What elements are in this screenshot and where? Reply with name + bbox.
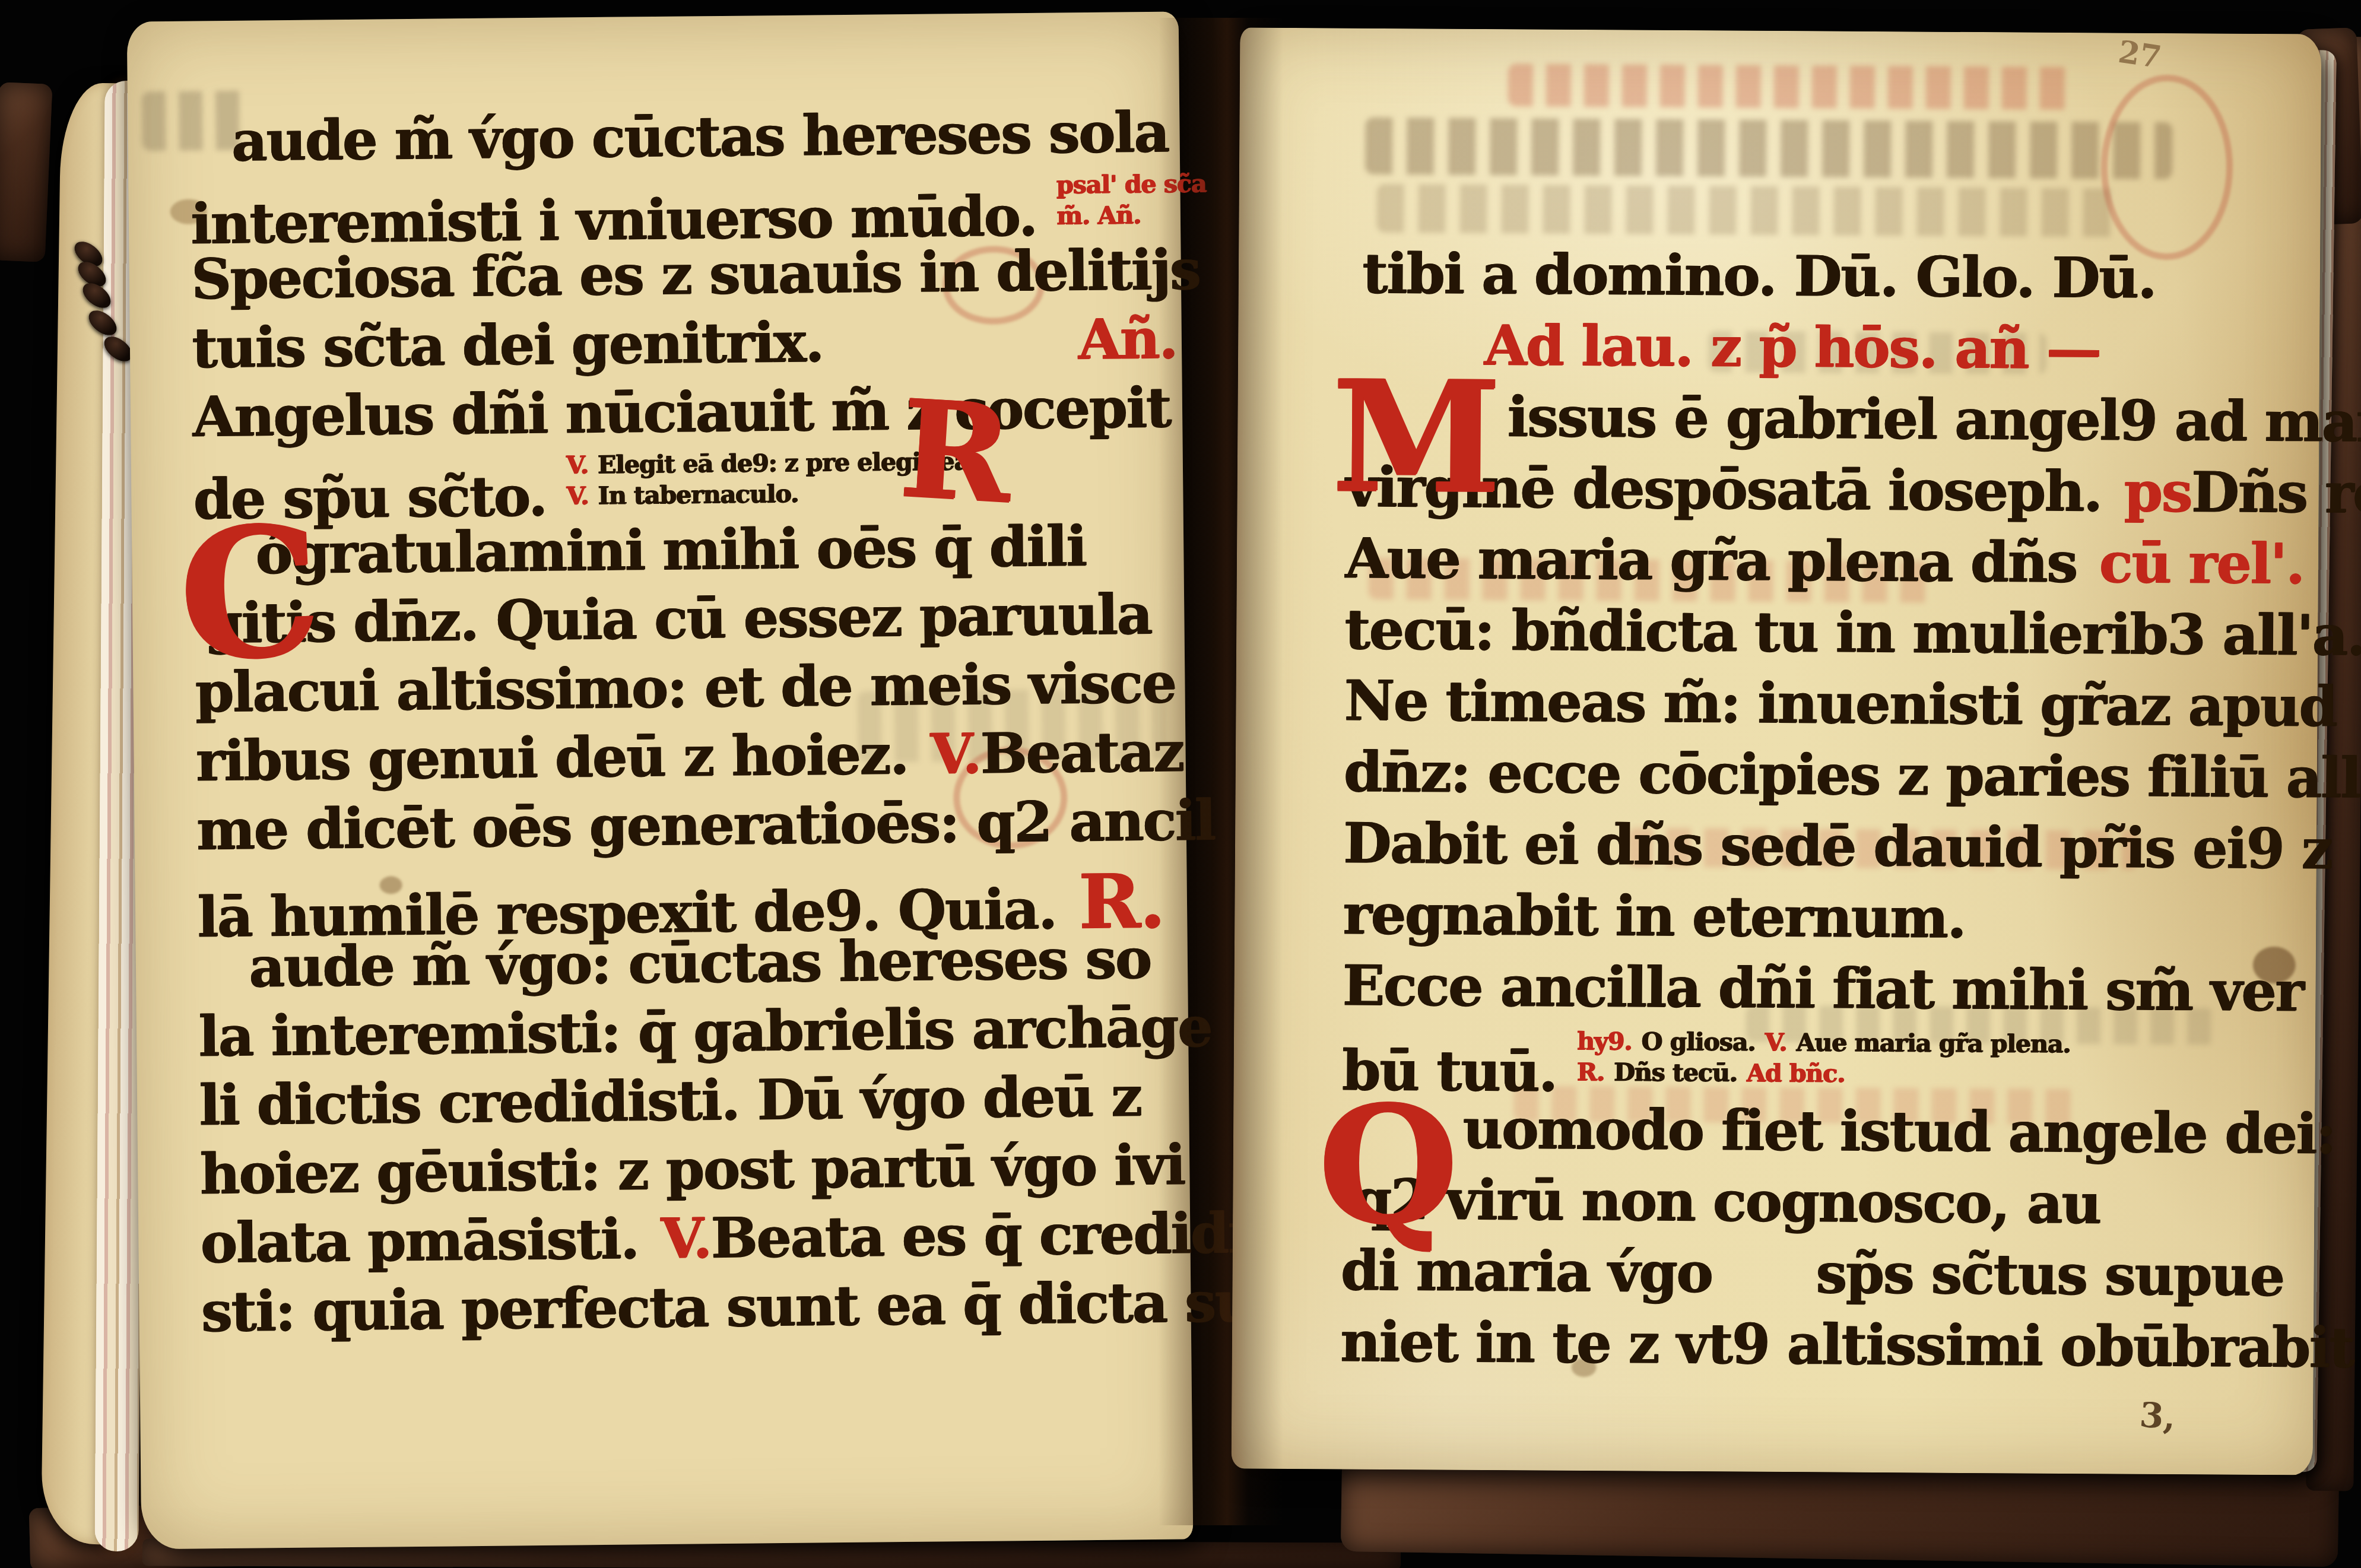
body-text: tibi a domino. Dū. Glo. Dū.	[1362, 241, 2156, 310]
body-text: tecū: bñdicta tu in mulierib3 all'a.	[1344, 597, 2361, 668]
rubric-text: Ad bñc.	[1746, 1059, 1845, 1088]
rubric-text: m̃. Añ.	[1056, 201, 1141, 230]
illuminated-initial-M: M	[1331, 346, 1501, 527]
text-line: li dictis credidisti. Dū v́go deū z	[199, 1064, 1141, 1144]
rubric-text: Ad lau. z p̃ hōs. añ —	[1484, 313, 2100, 381]
text-line: placui altissimo: et de meis visce	[195, 650, 1176, 731]
rubric-initial-R: R	[896, 370, 1016, 534]
text-line: tibi a domino. Dū. Glo. Dū.	[1347, 241, 2156, 317]
body-text: Ne timeas m̃: inuenisti gr̃az apud	[1344, 668, 2336, 739]
body-text: q2 virū non cognosco, au	[1353, 1167, 2100, 1236]
bleedthrough-smudge	[1508, 64, 2078, 110]
body-text: sp̃s sc̃tus supue	[1816, 1240, 2284, 1308]
text-line: di maria v́gosp̃s sc̃tus supue	[1340, 1238, 2283, 1315]
text-line: me dicēt oēs generatioēs: q2 ancil	[196, 788, 1215, 868]
body-text: hoiez gēuisti: z post partū v́go ivi	[199, 1132, 1185, 1207]
illuminated-initial-C: C	[174, 485, 325, 700]
rubric-text: R.	[1576, 1058, 1604, 1086]
text-line: tecū: bñdicta tu in mulierib3 all'a.ã.	[1344, 597, 2361, 675]
body-text: tuis sc̃ta dei genitrix.	[191, 309, 823, 380]
body-text: O gliosa.	[1641, 1027, 1755, 1056]
rubric-text: ps	[2124, 459, 2191, 525]
text-line: Dabit ei dñs sedē dauid pr̃is ei9 z	[1343, 811, 2332, 888]
body-text: me dicēt oēs generatioēs: q2 ancil	[196, 788, 1214, 862]
text-line: Speciosa fc̃a es z suauis in delitijs	[191, 237, 1199, 318]
body-text: In tabernaculo.	[598, 480, 798, 510]
folio-number-top: 27	[2116, 34, 2163, 76]
rubric-text: cū rel'.	[2099, 530, 2304, 596]
text-line: Ecce ancilla dñi fiat mihi sm̃ ver	[1342, 953, 2303, 1030]
body-text: olata pmāsisti.	[200, 1206, 639, 1275]
body-text: la interemisti: q̄ gabrielis archāge	[198, 994, 1212, 1068]
text-line: hoiez gēuisti: z post partū v́go ivi	[199, 1132, 1185, 1213]
bleedthrough-smudge	[1376, 184, 2124, 237]
body-text: Dabit ei dñs sedē dauid pr̃is ei9 z	[1343, 811, 2332, 881]
body-text: Speciosa fc̃a es z suauis in delitijs	[191, 237, 1199, 311]
body-text: Dñs regit	[2191, 459, 2361, 526]
text-line: interemisti i vniuerso mūdo.psal' de sc̃…	[190, 168, 1216, 249]
body-text: issus ē gabriel angel9 ad mariā	[1507, 384, 2361, 455]
text-line: tuis sc̃ta dei genitrix.Añ.	[191, 306, 1177, 387]
body-text: niet in te z vt9 altissimi obūbrabit	[1340, 1309, 2353, 1380]
rubric-text: hy9.	[1576, 1027, 1632, 1056]
folio-number-bottom: 3,	[2138, 1395, 2178, 1437]
body-text: Ecce ancilla dñi fiat mihi sm̃ ver	[1342, 953, 2303, 1024]
text-line: olata pmāsisti.V.Beata es q̄ credidi	[200, 1201, 1248, 1282]
rubric-text: V.	[566, 450, 588, 479]
body-text: ribus genui deū z hoiez.	[195, 722, 908, 793]
text-line: sti: quia perfecta sunt ea q̄ dicta sunt	[201, 1268, 1317, 1350]
body-text: regnabit in eternum.	[1343, 882, 1965, 950]
rubric-text: V.	[661, 1205, 711, 1271]
ink-offset-ring	[2100, 74, 2233, 260]
rubric-text: V.	[930, 721, 980, 786]
manuscript-photo: aude m̃ v́go cūctas hereses solainteremi…	[0, 0, 2361, 1568]
text-line: niet in te z vt9 altissimi obūbrabit	[1340, 1309, 2354, 1386]
text-line: lā humilē respexit de9. Quia.R.	[196, 857, 1164, 938]
text-line: regnabit in eternum.	[1343, 882, 1965, 957]
body-text: Aue maria gr̃a plena.	[1796, 1028, 2070, 1058]
text-line: aude m̃ v́go cūctas hereses sola	[189, 100, 1169, 180]
text-line: ribus genui deū z hoiez.V.Beataz	[195, 719, 1183, 800]
body-text: aude m̃ v́go cūctas hereses sola	[231, 100, 1169, 173]
bleedthrough-smudge	[1365, 118, 2173, 179]
text-line: gitis dn̄z. Quia cū essez paruula	[194, 582, 1151, 662]
body-text: gitis dn̄z. Quia cū essez paruula	[204, 582, 1151, 655]
left-page-text: aude m̃ v́go cūctas hereses solainteremi…	[189, 99, 1192, 109]
body-text: Aue maria gr̃a plena dñs	[1345, 526, 2077, 595]
text-line: Aue maria gr̃a plena dñscū rel'.	[1345, 526, 2304, 603]
text-line: Ne timeas m̃: inuenisti gr̃az apud	[1344, 668, 2336, 745]
text-line: dn̄z: ecce cōcipies z paries filiū all'a…	[1343, 739, 2361, 817]
left-page: aude m̃ v́go cūctas hereses solainteremi…	[127, 12, 1194, 1550]
gutter-shadow	[1159, 18, 1283, 1525]
illuminated-initial-Q: Q	[1317, 1070, 1459, 1260]
text-line: Angelus dñi nūciauit m̃ z cocepit	[192, 375, 1171, 456]
body-text: sti: quia perfecta sunt ea q̄ dicta sunt	[201, 1268, 1317, 1344]
body-text: uomodo fiet istud angele dei:	[1462, 1096, 2335, 1166]
body-text: li dictis credidisti. Dū v́go deū z	[199, 1064, 1141, 1137]
rubric-text: V.	[1765, 1028, 1786, 1056]
body-text: aude m̃ v́go: cūctas hereses so	[248, 926, 1150, 999]
text-line: la interemisti: q̄ gabrielis archāge	[198, 994, 1212, 1075]
text-line: uomodo fiet istud angele dei:	[1341, 1096, 2335, 1173]
rubric-text: V.	[566, 481, 588, 510]
right-page: tibi a domino. Dū. Glo. Dū.Ad lau. z p̃ …	[1232, 27, 2322, 1475]
body-text: placui altissimo: et de meis visce	[195, 650, 1176, 725]
rubric-note: hy9.O gliosa.V.Aue maria gr̃a plena.R.Dñ…	[1576, 1026, 2080, 1090]
text-line: aude m̃ v́go: cūctas hereses so	[197, 926, 1151, 1006]
body-text: Angelus dñi nūciauit m̃ z cocepit	[192, 375, 1170, 449]
leather-cover-top-left	[0, 82, 53, 262]
body-text: Beataz	[980, 719, 1183, 786]
body-text: dn̄z: ecce cōcipies z paries filiū all'a…	[1343, 739, 2361, 811]
body-text: Dñs tecū.	[1614, 1058, 1737, 1087]
